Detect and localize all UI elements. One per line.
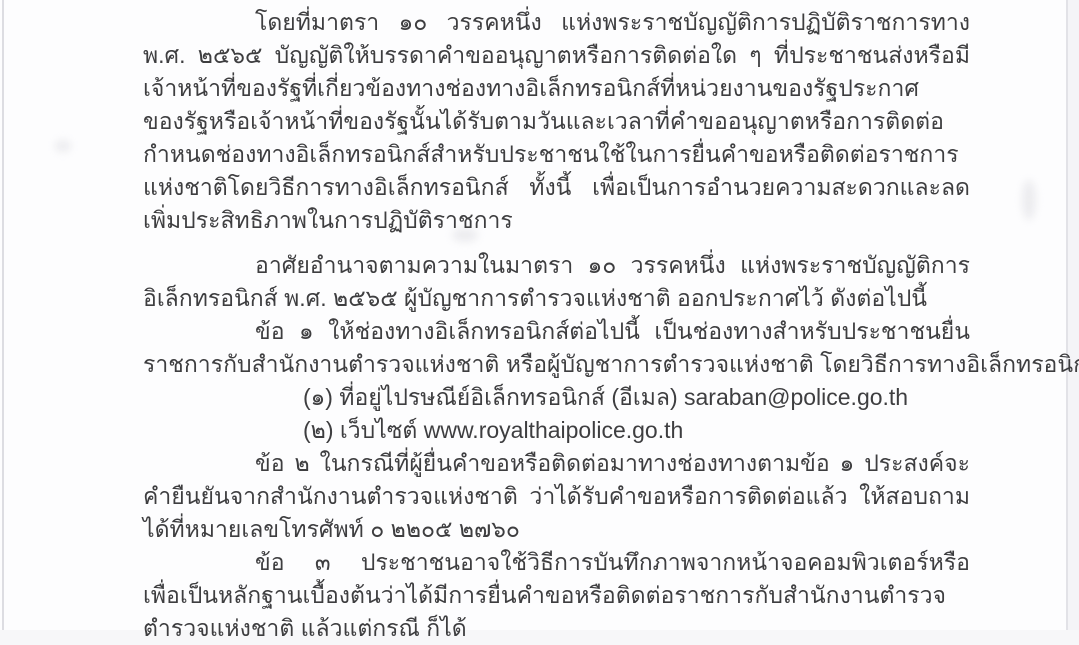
text-line: โดยที่มาตรา ๑๐ วรรคหนึ่ง แห่งพระราชบัญญั… bbox=[143, 6, 970, 39]
text-line: พ.ศ. ๒๕๖๕ บัญญัติให้บรรดาคำขออนุญาตหรือก… bbox=[143, 39, 970, 72]
scan-smudge bbox=[1022, 180, 1036, 220]
text-line: แห่งชาติโดยวิธีการทางอิเล็กทรอนิกส์ ทั้ง… bbox=[143, 171, 970, 204]
text-line: ข้อ ๓ ประชาชนอาจใช้วิธีการบันทึกภาพจากหน… bbox=[143, 546, 970, 579]
text-line: เพื่อเป็นหลักฐานเบื้องต้นว่าได้มีการยื่น… bbox=[143, 579, 970, 612]
text-line: เจ้าหน้าที่ของรัฐที่เกี่ยวข้องทางช่องทาง… bbox=[143, 72, 970, 105]
scan-edge-right-line bbox=[1066, 0, 1068, 630]
text-line: อิเล็กทรอนิกส์ พ.ศ. ๒๕๖๕ ผู้บัญชาการตำรว… bbox=[143, 282, 970, 315]
text-line: (๒) เว็บไซต์ www.royalthaipolice.go.th bbox=[143, 414, 970, 447]
text-line: ของรัฐหรือเจ้าหน้าที่ของรัฐนั้นได้รับตาม… bbox=[143, 105, 970, 138]
text-line: อาศัยอำนาจตามความในมาตรา ๑๐ วรรคหนึ่ง แห… bbox=[143, 249, 970, 282]
text-line: ได้ที่หมายเลขโทรศัพท์ ๐ ๒๒๐๕ ๒๗๖๐ bbox=[143, 513, 970, 546]
text-line: ตำรวจแห่งชาติ แล้วแต่กรณี ก็ได้ bbox=[143, 612, 970, 630]
text-line: คำยืนยันจากสำนักงานตำรวจแห่งชาติ ว่าได้ร… bbox=[143, 480, 970, 513]
text-line: ข้อ ๑ ให้ช่องทางอิเล็กทรอนิกส์ต่อไปนี้ เ… bbox=[143, 315, 970, 348]
text-line: ราชการกับสำนักงานตำรวจแห่งชาติ หรือผู้บั… bbox=[143, 348, 970, 381]
scan-edge-left-line bbox=[2, 0, 4, 630]
text-line: กำหนดช่องทางอิเล็กทรอนิกส์สำหรับประชาชนใ… bbox=[143, 138, 970, 171]
scan-margin-right bbox=[1068, 0, 1079, 630]
text-line: ข้อ ๒ ในกรณีที่ผู้ยื่นคำขอหรือติดต่อมาทา… bbox=[143, 447, 970, 480]
text-line: เพิ่มประสิทธิภาพในการปฏิบัติราชการ bbox=[143, 204, 970, 237]
scan-smudge bbox=[55, 140, 71, 152]
document-page: โดยที่มาตรา ๑๐ วรรคหนึ่ง แห่งพระราชบัญญั… bbox=[0, 0, 1079, 630]
announcement-body-text: โดยที่มาตรา ๑๐ วรรคหนึ่ง แห่งพระราชบัญญั… bbox=[143, 6, 970, 630]
text-line: (๑) ที่อยู่ไปรษณีย์อิเล็กทรอนิกส์ (อีเมล… bbox=[143, 381, 970, 414]
